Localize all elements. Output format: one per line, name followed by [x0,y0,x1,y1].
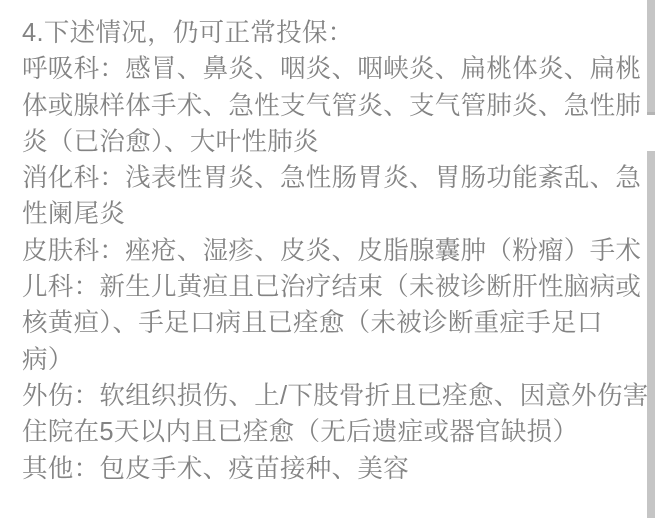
text-line-trauma-1: 外伤：软组织损伤、上/下肢骨折且已痊愈、因意外伤害 [22,378,634,414]
text-line-respiratory-2: 体或腺样体手术、急性支气管炎、支气管肺炎、急性肺 [22,88,634,124]
scrollbar[interactable] [647,0,655,518]
text-line-digestive-2: 性阑尾炎 [22,196,634,232]
insurance-terms-page: 4.下述情况，仍可正常投保： 呼吸科：感冒、鼻炎、咽炎、咽峡炎、扁桃体炎、扁桃 … [0,0,655,518]
text-line-pediatrics-2: 核黄疸）、手足口病且已痊愈（未被诊断重症手足口 [22,305,634,341]
text-line-trauma-2: 住院在5天以内且已痊愈（无后遗症或器官缺损） [22,414,634,450]
text-line-dermatology: 皮肤科：痤疮、湿疹、皮炎、皮脂腺囊肿（粉瘤）手术 [22,233,634,269]
text-line-respiratory-3: 炎（已治愈）、大叶性肺炎 [22,124,634,160]
text-line-digestive-1: 消化科：浅表性胃炎、急性肠胃炎、胃肠功能紊乱、急 [22,160,634,196]
insurance-notice-text: 4.下述情况，仍可正常投保： 呼吸科：感冒、鼻炎、咽炎、咽峡炎、扁桃体炎、扁桃 … [22,15,634,487]
text-line-others: 其他：包皮手术、疫苗接种、美容 [22,451,634,487]
scrollbar-thumb-top[interactable] [647,0,655,115]
text-line-pediatrics-3: 病） [22,342,634,378]
notice-heading: 4.下述情况，仍可正常投保： [22,15,634,51]
text-line-pediatrics-1: 儿科：新生儿黄疸且已治疗结束（未被诊断肝性脑病或 [22,269,634,305]
text-line-respiratory-1: 呼吸科：感冒、鼻炎、咽炎、咽峡炎、扁桃体炎、扁桃 [22,51,634,87]
scrollbar-thumb-bottom[interactable] [647,151,655,518]
